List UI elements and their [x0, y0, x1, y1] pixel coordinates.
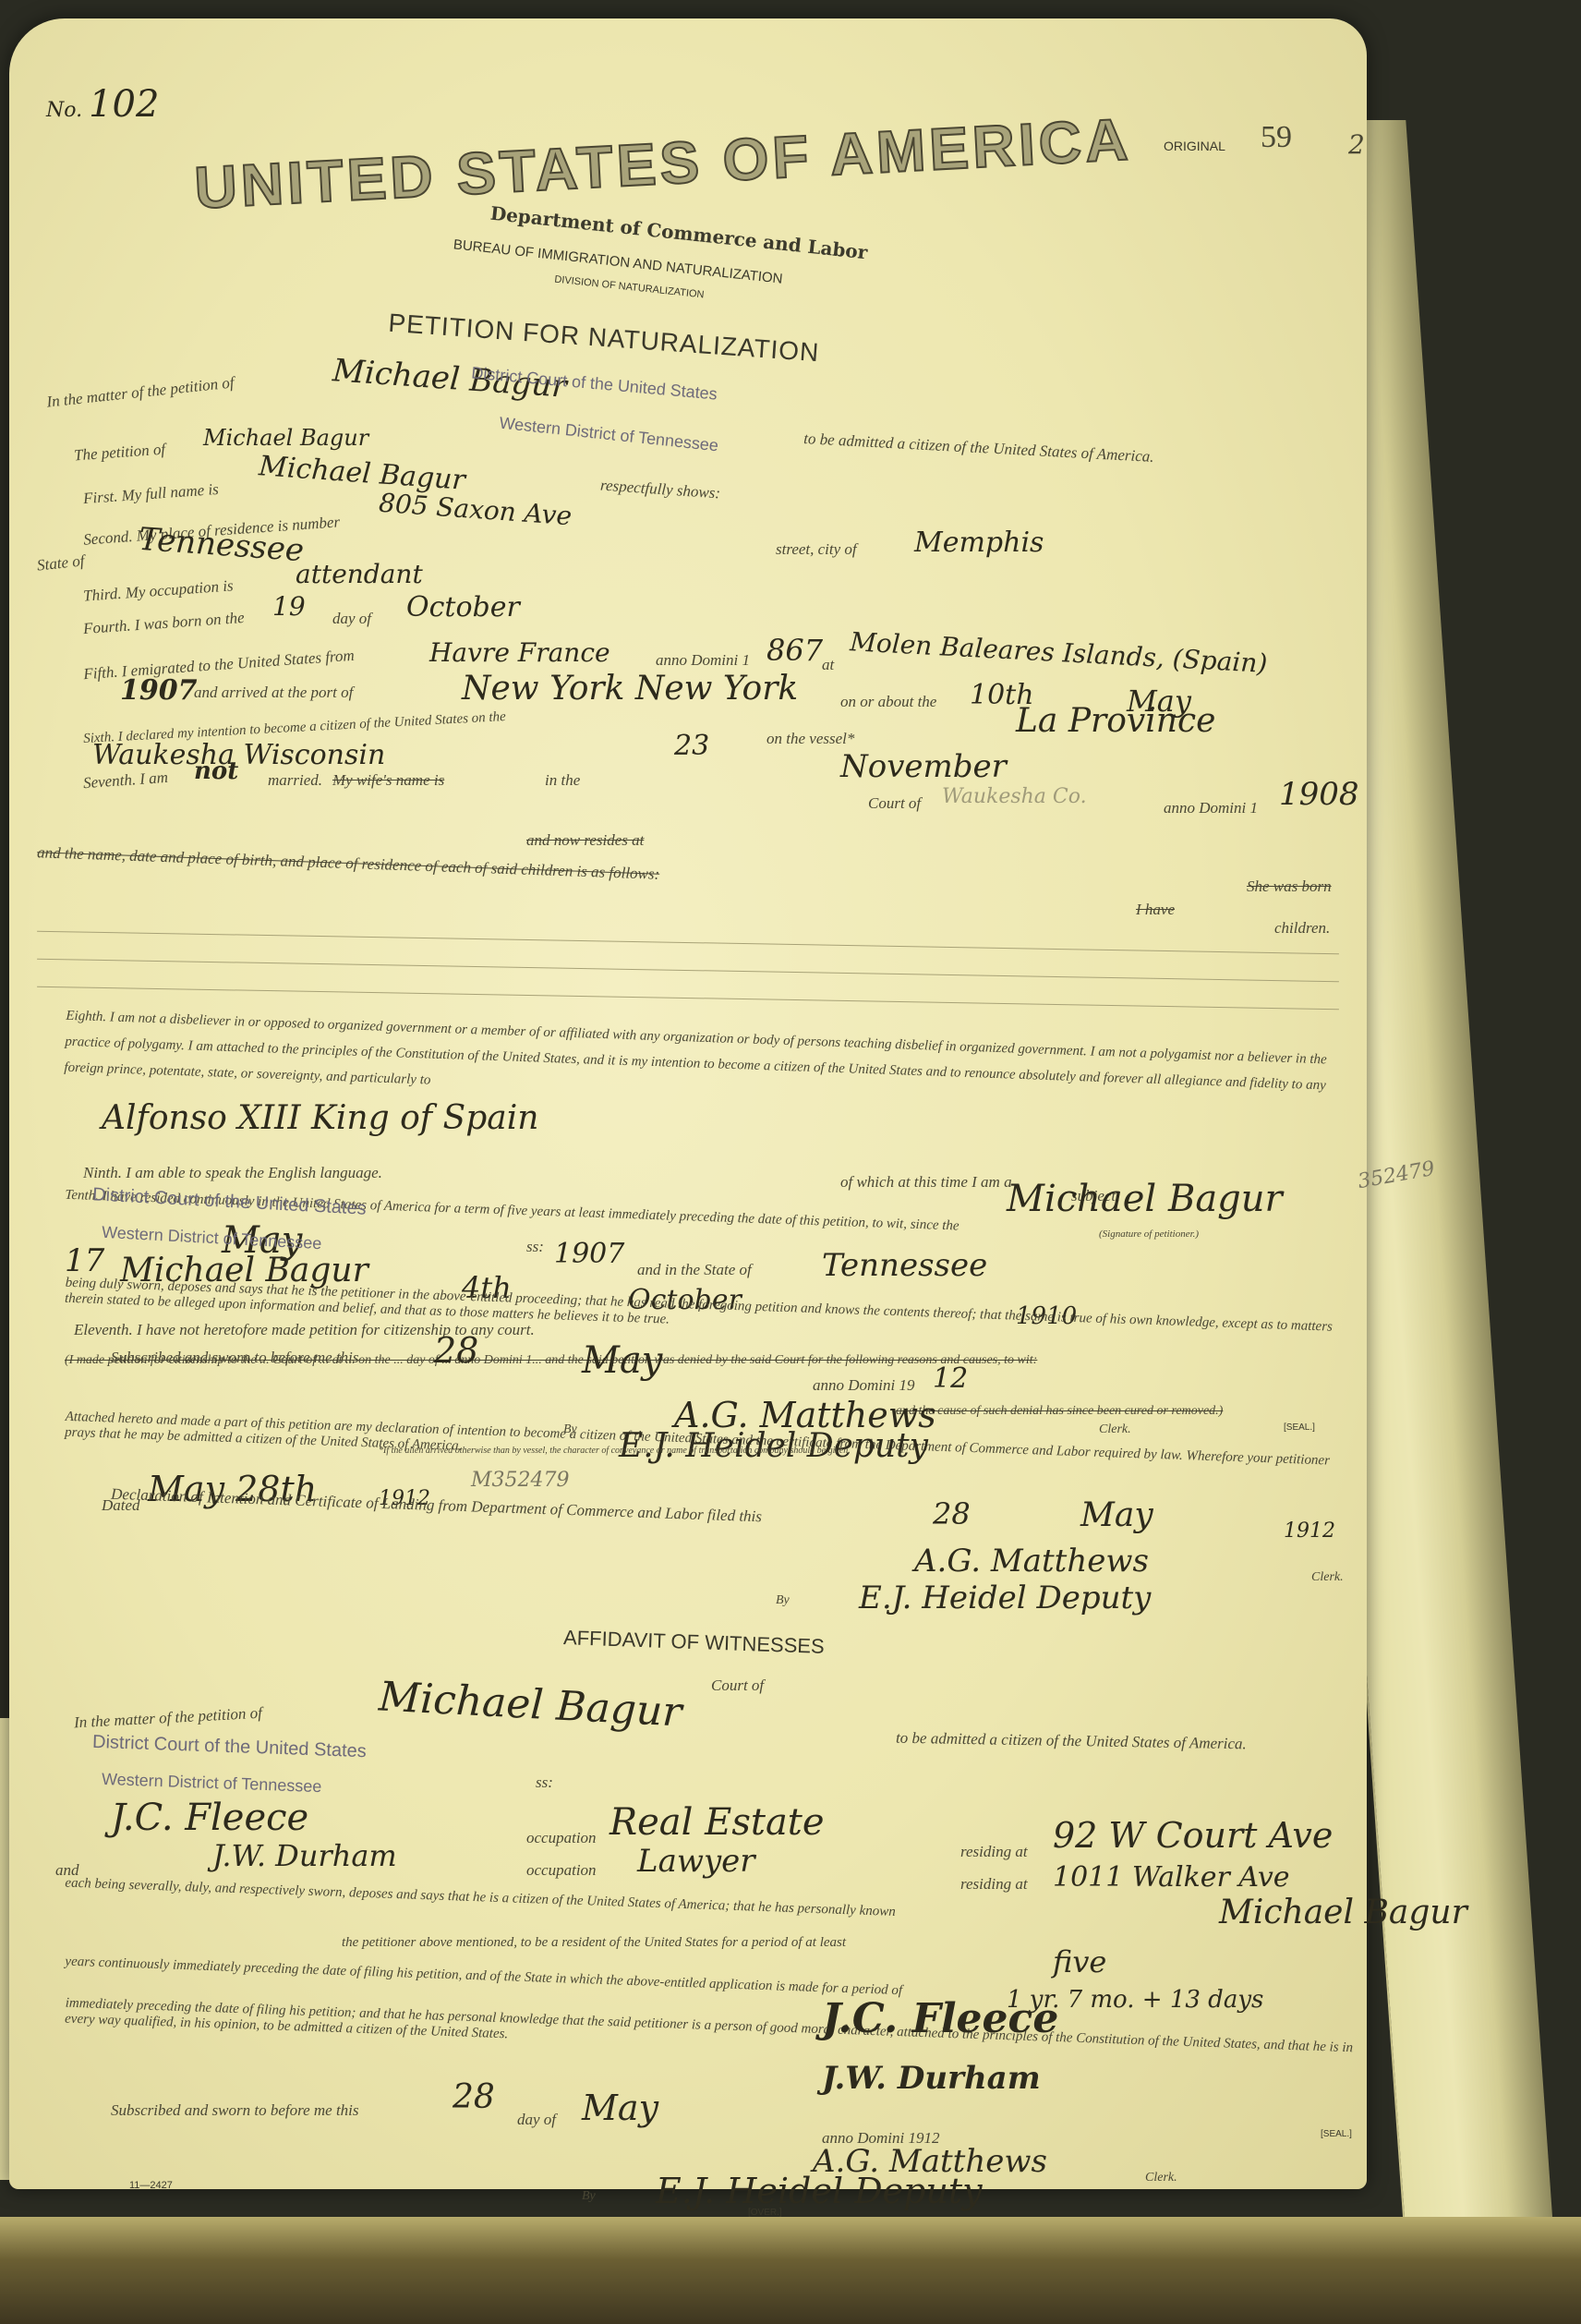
affidavit-day-of: day of — [517, 2111, 556, 2129]
blank-rule — [37, 959, 1339, 983]
form-code: 11—2427 — [129, 2180, 173, 2191]
state-label: State of — [36, 551, 85, 575]
emigrated-from: Havre France — [429, 637, 610, 668]
verification-footnote: *If the alien arrived otherwise than by … — [379, 1446, 851, 1456]
verification-ss: ss: — [526, 1238, 544, 1256]
witness2-signature: J.W. Durham — [822, 2060, 1041, 2097]
declaration-clerk-signature: A.G. Matthews — [914, 1543, 1149, 1580]
declaration-clerk-label: Clerk. — [1311, 1570, 1344, 1585]
witness1-residence: 92 W Court Ave — [1053, 1815, 1333, 1856]
blank-rule — [37, 986, 1339, 1011]
affidavit-court-of: Court of — [711, 1676, 764, 1695]
state-resided: Tennessee — [822, 1247, 987, 1284]
petitioner-signature: Michael Bagur — [1007, 1178, 1283, 1220]
on-or-about-label: on or about the — [840, 693, 936, 711]
born-year: 867 — [766, 633, 823, 668]
verification-by-label: By — [563, 1422, 577, 1437]
witness1-residing-label: residing at — [960, 1843, 1028, 1861]
verification-day: 28 — [434, 1330, 478, 1371]
anno-domini-declared: anno Domini 1 — [1164, 799, 1258, 817]
affidavit-by-label: By — [582, 2189, 596, 2204]
street-city-label: street, city of — [776, 540, 857, 559]
declaration-by-label: By — [776, 1593, 790, 1608]
verification-month: May — [582, 1339, 662, 1382]
declared-court: Waukesha Co. — [942, 785, 1087, 808]
matter-label: In the matter of the petition of — [46, 373, 235, 411]
have-struck: I have — [1136, 901, 1175, 919]
respectfully-label: respectfully shows: — [599, 476, 720, 502]
declaration-day: 28 — [933, 1496, 971, 1531]
page-number: 59 — [1261, 120, 1292, 155]
affidavit-deputy-signature: E.J. Heidel Deputy — [656, 2171, 983, 2211]
verification-seal: [SEAL.] — [1284, 1422, 1315, 1433]
blank-rule — [37, 931, 1339, 955]
affidavit-known-name: Michael Bagur — [1219, 1894, 1467, 1931]
married-status: not — [194, 757, 238, 785]
witness2-residence: 1011 Walker Ave — [1053, 1861, 1290, 1894]
declared-year: 1908 — [1279, 776, 1359, 813]
arrival-port: New York New York — [462, 670, 798, 708]
born-at-label: at — [822, 656, 834, 674]
witness2-name: J.W. Durham — [212, 1838, 397, 1873]
declared-day: 23 — [674, 730, 709, 762]
in-the-label: in the — [545, 771, 580, 790]
verification-year: 12 — [933, 1362, 968, 1395]
seventh-label: Seventh. I am — [82, 769, 168, 793]
petition-of-label: The petition of — [73, 441, 165, 466]
form-title: PETITION FOR NATURALIZATION — [387, 309, 820, 369]
witness1-occupation-label: occupation — [526, 1829, 597, 1847]
side-page-mark: 2 — [1348, 129, 1365, 160]
state-resided-label: and in the State of — [637, 1261, 752, 1279]
affidavit-petitioner: Michael Bagur — [378, 1673, 683, 1736]
first-label: First. My full name is — [82, 480, 219, 508]
affidavit-court-stamp-2: Western District of Tennessee — [102, 1770, 322, 1797]
number-value: 102 — [89, 83, 159, 126]
book-edge — [0, 2217, 1581, 2324]
wife-struck: My wife's name is — [332, 771, 444, 790]
occupation: attendant — [296, 559, 423, 589]
resided-year: 1907 — [554, 1238, 624, 1270]
verification-subscribed: Subscribed and sworn to before me this — [111, 1349, 359, 1367]
ledger-number: No. 102 — [46, 83, 159, 126]
admitted-text: to be admitted a citizen of the United S… — [803, 430, 1154, 466]
anno-domini-born: anno Domini 1 — [656, 651, 750, 670]
declaration-year: 1912 — [1284, 1519, 1335, 1543]
verification-clerk-label: Clerk. — [1099, 1422, 1131, 1437]
married-label: married. — [268, 771, 322, 790]
affidavit-title: AFFIDAVIT OF WITNESSES — [563, 1626, 826, 1659]
declared-month: November — [840, 748, 1007, 785]
affidavit-matter-label: In the matter of the petition of — [74, 1704, 263, 1733]
document-page: No. 102 UNITED STATES OF AMERICA ORIGINA… — [9, 18, 1367, 2189]
petition-of-value: Michael Bagur — [203, 425, 368, 451]
residence-address: 805 Saxon Ave — [378, 488, 573, 532]
witness2-occupation: Lawyer — [637, 1843, 755, 1880]
of-which-label: of which at this time I am a — [840, 1173, 1012, 1192]
residence-city: Memphis — [914, 527, 1044, 559]
affidavit-petitioner-text: the petitioner above mentioned, to be a … — [342, 1935, 846, 1951]
declared-place: Waukesha Wisconsin — [92, 739, 385, 771]
affidavit-ss: ss: — [536, 1773, 553, 1792]
declaration-deputy-signature: E.J. Heidel Deputy — [859, 1580, 1151, 1616]
full-name: Michael Bagur — [258, 450, 466, 497]
witness2-residing-label: residing at — [960, 1875, 1028, 1894]
ninth-clause: Ninth. I am able to speak the English la… — [83, 1164, 382, 1182]
signature-caption: (Signature of petitioner.) — [1099, 1229, 1199, 1240]
affidavit-clerk-label: Clerk. — [1145, 2171, 1177, 2185]
sovereign: Alfonso XIII King of Spain — [102, 1099, 538, 1137]
born-day: 19 — [272, 591, 306, 622]
declaration-cert-mark: M352479 — [471, 1469, 570, 1492]
vessel-label: on the vessel* — [766, 730, 854, 748]
born-day-of: day of — [332, 610, 371, 628]
verification-anno: anno Domini 19 — [813, 1376, 915, 1395]
children-label: children. — [1274, 919, 1330, 938]
emigrated-year: 1907 — [120, 674, 198, 707]
arrived-label: and arrived at the port of — [194, 684, 353, 702]
fourth-label: Fourth. I was born on the — [83, 609, 246, 638]
court-stamp-2: Western District of Tennessee — [499, 414, 719, 456]
resided-day: 17 — [65, 1242, 104, 1279]
witness1-name: J.C. Fleece — [111, 1797, 308, 1839]
declaration-text: Declaration of Intention and Certificate… — [111, 1485, 762, 1527]
affidavit-subscribed: Subscribed and sworn to before me this — [111, 2101, 359, 2120]
title-united-states: UNITED STATES OF AMERICA — [193, 104, 1133, 222]
declaration-month: May — [1080, 1496, 1153, 1534]
verification-court-stamp-1: District Court of the United States — [92, 1184, 368, 1220]
over-label: [OVER.] — [748, 2208, 782, 2218]
court-of-label: Court of — [868, 794, 921, 813]
cause-struck: and the cause of such denial has since b… — [896, 1404, 1223, 1419]
witness2-occupation-label: occupation — [526, 1861, 597, 1880]
affidavit-court-stamp-1: District Court of the United States — [92, 1732, 367, 1762]
affidavit-seal: [SEAL.] — [1321, 2129, 1352, 2139]
number-prefix: No. — [46, 99, 82, 122]
third-label: Third. My occupation is — [83, 576, 235, 605]
born-month: October — [406, 591, 520, 623]
witness1-signature: J.C. Fleece — [822, 1995, 1058, 2042]
affidavit-month: May — [582, 2088, 658, 2128]
vessel-name: La Province — [1016, 702, 1215, 740]
affidavit-years-value: five — [1053, 1944, 1106, 1979]
division: DIVISION OF NATURALIZATION — [554, 274, 705, 301]
birthplace: Molen Baleares Islands, (Spain) — [849, 626, 1268, 679]
affidavit-day: 28 — [453, 2078, 495, 2116]
original-label: ORIGINAL — [1164, 139, 1225, 153]
now-resides-struck: and now resides at — [526, 831, 644, 850]
affidavit-admitted-text: to be admitted a citizen of the United S… — [896, 1729, 1247, 1754]
witness1-occupation: Real Estate — [609, 1801, 825, 1844]
she-born-struck: She was born — [1247, 878, 1332, 896]
